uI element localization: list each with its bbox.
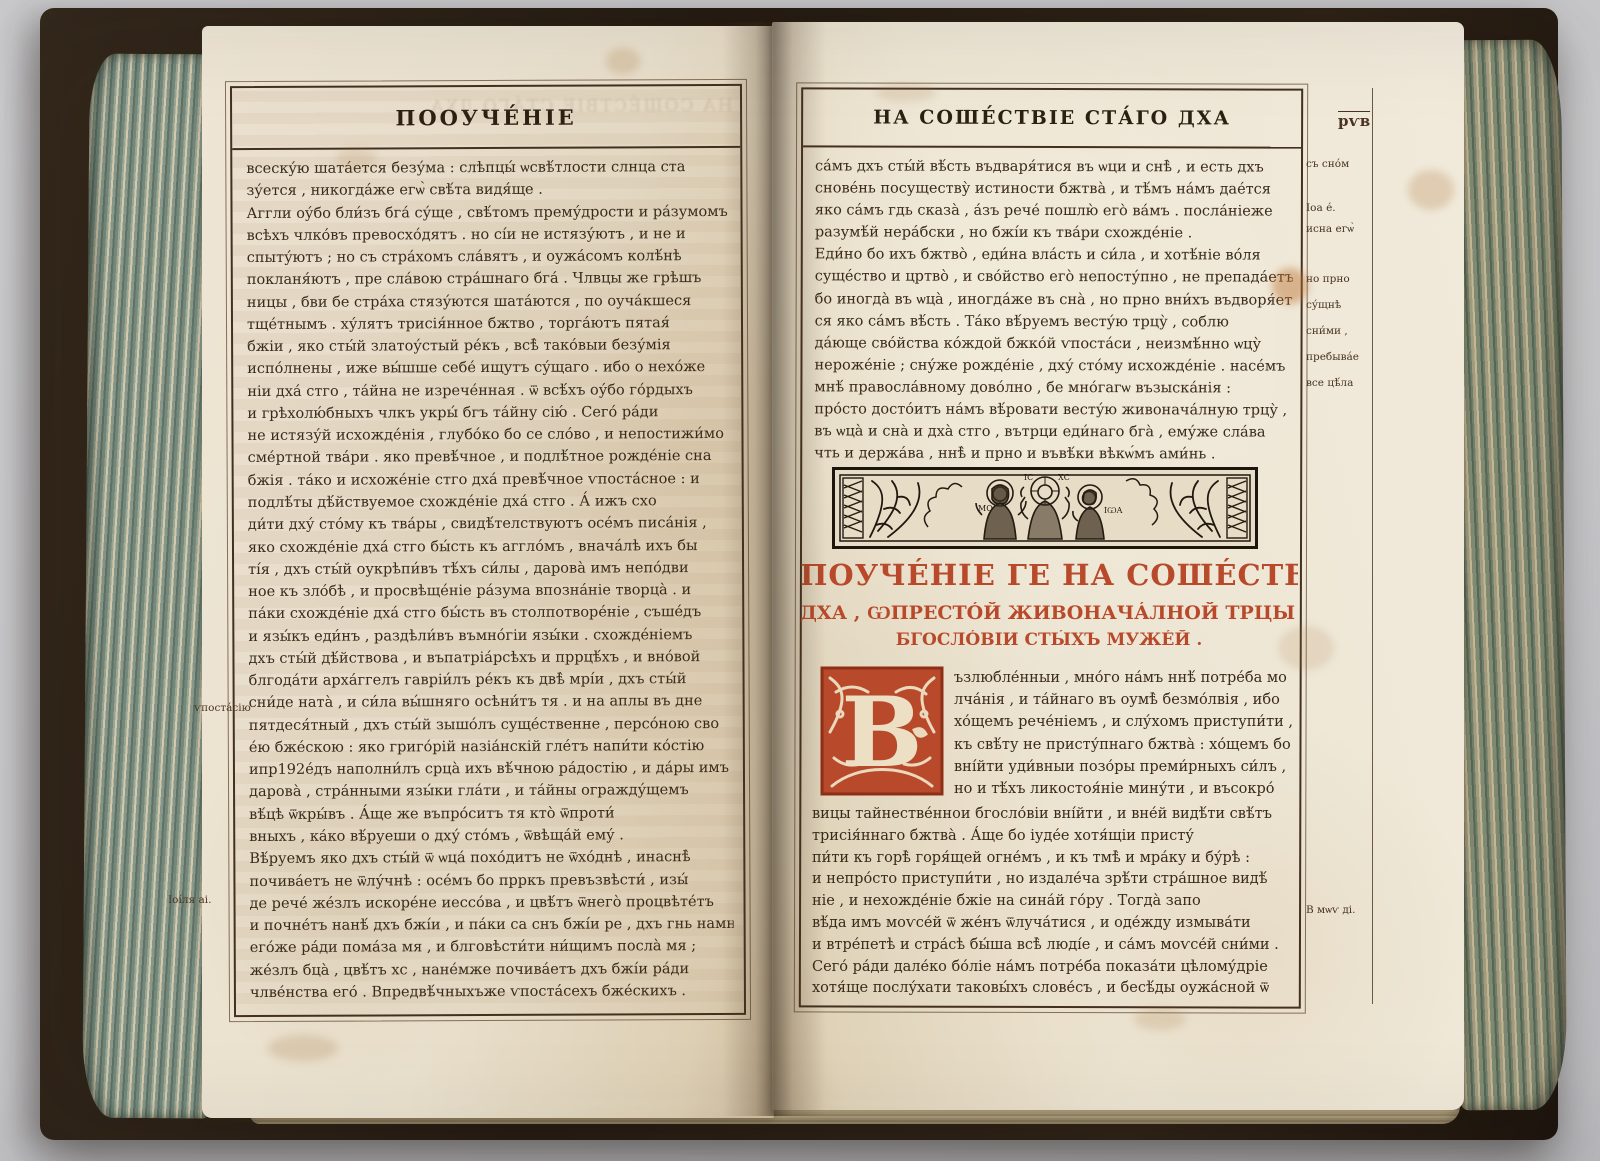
paragraph-line: вицы тайнестве́ннои бгосло́віи вні́йти ,… bbox=[812, 804, 1300, 826]
drop-cap-initial: В bbox=[820, 666, 944, 796]
left-body-line: ті́я , дхъ сты́й оукрѣпи́въ тѣ́хъ си́лы … bbox=[248, 557, 732, 581]
right-body-line: бо иногда̀ въ ѡца̀ , иногда́же въ сна̀ ,… bbox=[815, 288, 1293, 311]
left-body-line: бжія . та́ко и исхоже́ніе стго дха́ прев… bbox=[248, 468, 732, 492]
paragraph-line: лча́нія , и та́йнаго въ оумѣ̀ безмо́лвія… bbox=[954, 689, 1300, 711]
paragraph-line: Сего́ ра́ди дале́ко бо́ліе на́мъ потре́б… bbox=[812, 957, 1300, 979]
right-body-line: яко са́мъ гдь сказа̀ , а́зъ рече́ пошлю̀… bbox=[815, 200, 1293, 223]
right-body-line: суще́ство и цртво̀ , и сво́йство его̀ не… bbox=[815, 266, 1293, 289]
deesis-woodcut-headpiece: МО ІС ХС ІѠА bbox=[832, 467, 1258, 549]
paragraph-line: хо́щемъ рече́ніемъ , и слу́хомъ приступи… bbox=[954, 711, 1300, 733]
right-body-line: нероже́ніе ; сну́же рожде́ніе , дху́ сто… bbox=[814, 354, 1292, 377]
right-running-head-band: НА СОШЕ́СТВІЕ СТА́ГО ДХА bbox=[803, 89, 1301, 148]
paragraph-line: пи́ти къ горѣ̀ горя́щей огне́мъ , и къ т… bbox=[812, 848, 1300, 870]
red-heading-line-3: БГОСЛО́ВІИ СТЫ́ХЪ МУЖЕ́Й . bbox=[800, 630, 1298, 650]
right-body-line: въ ѡца̀ и сна̀ и дха̀ стго , вътрци еди́… bbox=[814, 421, 1292, 444]
photo-open-antique-book: ѵпоста́сію Іоі́ля аі. НА СОШЕ́СТВІЕ СТА́… bbox=[0, 0, 1600, 1161]
left-body-line: пятдеся́тный , дхъ сты́й зышо́лъ суще́ст… bbox=[249, 713, 733, 737]
margin-note-line: Іоа е́. bbox=[1306, 198, 1370, 219]
right-body-line: ся яко са́мъ вѣ́сть . Та́ко вѣ́руемъ вес… bbox=[815, 310, 1293, 333]
left-fore-edge-pages bbox=[82, 54, 217, 1119]
left-body-line: тще́тнымъ . ху́лятъ трисія́нное бжтво , … bbox=[247, 312, 731, 336]
right-body-line: Еди́но бо ихъ бжтво̀ , еди́на вла́сть и … bbox=[815, 244, 1293, 267]
right-body-line: чть и держа́ва , ннѣ̀ и прно и въвѣ́ки в… bbox=[814, 443, 1292, 466]
right-body-line: снове́нь посуществу̀ истиности бжтва̀ , … bbox=[815, 177, 1293, 200]
left-body-line: ипр192е́дъ наполни́лъ срца̀ ихъ вѣ́чною … bbox=[249, 757, 733, 781]
right-body-text: са́мъ дхъ сты́й вѣ́сть въдваря́тися въ ѡ… bbox=[802, 147, 1301, 466]
paragraph-line: вні́йти уди́вныи позо́ры преми́рныхъ си́… bbox=[954, 756, 1300, 778]
left-body-line: де рече́ же́злъ искоре́не иессо́ва , и ц… bbox=[249, 891, 733, 915]
left-body-line: Вѣ́руемъ яко дхъ сты́й ѿ ѡца́ похо́дитъ … bbox=[249, 846, 733, 870]
margin-note-line: сни́ми , bbox=[1306, 318, 1370, 344]
left-body-line: ніи дха́ стго , та́йна не изрече́нная . … bbox=[247, 379, 731, 403]
right-running-head: НА СОШЕ́СТВІЕ СТА́ГО ДХА bbox=[873, 107, 1231, 130]
paragraph-line: вѣ́да имъ моѵсе́й ѿ же́нъ ѿлуча́тися , и… bbox=[812, 913, 1300, 935]
left-text-frame: НА СОШЕ́СТВІЕ СТА́ГО ДХА ПООУЧЕ́НІЕ всес… bbox=[230, 84, 746, 1017]
left-body-line: вныхъ , ка́ко вѣ́руеши о дху́ сто́мъ , ѿ… bbox=[249, 824, 733, 848]
left-body-line: бжіи , яко сты́й златоу́стый ре́къ , всѣ… bbox=[247, 334, 731, 358]
right-margin-note-1: съ сно́м bbox=[1306, 158, 1370, 171]
left-body-line: па́ки схожде́ніе дха́ стго бы́сть въ сто… bbox=[248, 601, 732, 625]
left-body-line: и почне́тъ нанѣ́ дхъ бжі́и , и па́ки са … bbox=[250, 913, 734, 937]
left-running-head-band: НА СОШЕ́СТВІЕ СТА́ГО ДХА ПООУЧЕ́НІЕ bbox=[232, 86, 740, 150]
marginalia-column-rule bbox=[1372, 88, 1373, 1004]
margin-note-line: пребыва́е bbox=[1306, 344, 1370, 370]
left-body-line: всеску́ю шата́ется безу́ма : слѣпцы́ ѡсв… bbox=[246, 156, 730, 180]
woodcut-label-mary: МО bbox=[978, 504, 993, 513]
left-margin-note-joel: Іоі́ля аі. bbox=[168, 894, 238, 907]
paragraph-line: трисія́ннаго бжтва̀ . А́ще бо іуде́е хот… bbox=[812, 826, 1300, 848]
left-body-line: спыту́ютъ ; но съ стра́хомъ сла́вятъ , и… bbox=[247, 245, 731, 269]
left-body-line: Аггли оу́бо бли́зъ бга́ су́ще , свѣ́томъ… bbox=[246, 200, 730, 224]
left-body-line: ницы , бви бе стра́ха стязу́ются шата́ют… bbox=[247, 290, 731, 314]
drop-cap-icon: В bbox=[820, 666, 944, 796]
deesis-woodcut-icon: МО ІС ХС ІѠА bbox=[832, 467, 1258, 549]
left-body-line: сни́де ната̀ , и си́ла вы́шняго осѣни́тъ… bbox=[249, 690, 733, 714]
right-body-line: про́сто досто́итъ на́мъ вѣ́ровати весту́… bbox=[814, 398, 1292, 421]
left-body-line: е́ю бже́скою : яко григо́рій назіа́нскій… bbox=[249, 735, 733, 759]
right-body-line: мнѣ́ правосла́вному дово́лно , бе мно́га… bbox=[814, 376, 1292, 399]
woodcut-label-john: ІѠА bbox=[1104, 506, 1123, 515]
paragraph-line: и непро́сто приступи́ти , но издале́ча з… bbox=[812, 869, 1300, 891]
margin-note-line: все цѣ́ла bbox=[1306, 370, 1370, 396]
left-body-line: сме́ртной тва́ри . яко превѣ́чное , и по… bbox=[248, 445, 732, 469]
paragraph-line: къ свѣ́ту не присту́пнаго бжтва̀ : хо́ще… bbox=[954, 734, 1300, 756]
page-number: рѵв bbox=[1338, 112, 1370, 130]
left-body-line: всѣхъ члко́въ превосхо́дятъ . но сі́и не… bbox=[247, 223, 731, 247]
paragraph-line: ніе , и нехожде́ніе бжіе на сина́й го́ру… bbox=[812, 891, 1300, 913]
left-body-line: покланя́ютъ , пре сла́вою стра́шнаго бга… bbox=[247, 267, 731, 291]
red-heading-line-1: ПОУЧЕ́НІЕ ГЕ НА СОШЕ́СТВІЕ СТГО bbox=[800, 558, 1298, 592]
drop-cap-letter: В bbox=[841, 676, 922, 789]
left-body-line: подлѣ́ты дѣ́йствуемое схожде́ніе дха́ ст… bbox=[248, 490, 732, 514]
right-margin-note-4: В мѡѵ ді. bbox=[1306, 904, 1370, 917]
left-body-line: почива́етъ не ѿлу́чнѣ : осе́мъ бо прркъ … bbox=[249, 868, 733, 892]
left-body-line: же́злъ бца̀ , цвѣ́тъ хс , нане́мже почив… bbox=[250, 957, 734, 981]
right-margin-note-3: но прносу́щнѣсни́ми ,пребыва́евсе цѣ́ла bbox=[1306, 266, 1370, 396]
left-body-line: ное къ зло́бѣ , и просвѣще́ніе ра́зума в… bbox=[248, 579, 732, 603]
margin-note-line: но прно bbox=[1306, 266, 1370, 292]
right-page: НА СОШЕ́СТВІЕ СТА́ГО ДХА са́мъ дхъ сты́й… bbox=[772, 22, 1464, 1110]
woodcut-label-ic: ІС bbox=[1024, 473, 1033, 482]
left-body-line: его́же ра́ди пома́за мя , и блговѣсти́ти… bbox=[250, 935, 734, 959]
left-body-line: члве́нства его́ . Впредвѣ́чныхъже ѵпоста… bbox=[250, 980, 734, 1004]
left-body-line: и язы́къ еди́нъ , раздѣли́въ въмно́гіи я… bbox=[248, 624, 732, 648]
red-heading-line-2: ДХА , ѠПРЕСТО́Й ЖИВОНАЧА́ЛНОЙ ТРЦЫ . ВЗЯ… bbox=[800, 602, 1298, 625]
right-margin-note-2: Іоа е́.исна егѡ̀ bbox=[1306, 198, 1370, 240]
left-body-line: яко схожде́ніе дха́ стго бы́сть къ аггло… bbox=[248, 534, 732, 558]
left-body-text: всеску́ю шата́ется безу́ма : слѣпцы́ ѡсв… bbox=[232, 148, 744, 1004]
left-body-line: блгода́ти арха́ггелъ гавріи́лъ ре́къ къ … bbox=[249, 668, 733, 692]
paragraph-line: хотя́ще послу́хати таковы́хъ слове́съ , … bbox=[812, 978, 1300, 1000]
left-body-line: зу́ется , никогда́же егѡ̀ свѣ́та видя́ще… bbox=[246, 178, 730, 202]
right-body-line: разумѣ́й нера́бски , но бжі́и къ тва́ри … bbox=[815, 222, 1293, 245]
woodcut-label-xc: ХС bbox=[1058, 473, 1070, 482]
left-body-line: дхъ сты́й дѣ́йствова , и въпатріа́рсѣхъ … bbox=[248, 646, 732, 670]
right-body-line: да́юще сво́йства ко́ждой бжко́й ѵпоста́с… bbox=[815, 332, 1293, 355]
left-body-line: не истязу́й исхожде́нія , глубо́ко бо се… bbox=[247, 423, 731, 447]
left-body-line: дарова̀ , стра́нными язы́ки гла́ти , и т… bbox=[249, 779, 733, 803]
margin-note-line: су́щнѣ bbox=[1306, 292, 1370, 318]
paragraph-line: ъзлюбле́нныи , мно́го на́мъ ннѣ́ потре́б… bbox=[954, 667, 1300, 689]
left-body-line: и грѣхолю́бныхъ члкъ укры́ бгъ та́йну сі… bbox=[247, 401, 731, 425]
left-page: ѵпоста́сію Іоі́ля аі. НА СОШЕ́СТВІЕ СТА́… bbox=[202, 26, 774, 1118]
paragraph-indented-lines: ъзлюбле́нныи , мно́го на́мъ ннѣ́ потре́б… bbox=[954, 667, 1300, 800]
paragraph-full-lines: вицы тайнестве́ннои бгосло́віи вні́йти ,… bbox=[812, 804, 1300, 1000]
left-running-head: ПООУЧЕ́НІЕ bbox=[395, 104, 576, 130]
margin-note-line: исна егѡ̀ bbox=[1306, 219, 1370, 240]
right-fore-edge-pages bbox=[1455, 40, 1567, 1111]
left-body-line: вѣ́цѣ ѿкры́въ . А́ще же въпро́ситъ тя кт… bbox=[249, 802, 733, 826]
paragraph-line: и втре́петѣ и стра́сѣ бы́ша всѣ̀ люді́е … bbox=[812, 935, 1300, 957]
left-body-line: ди́ти дху́ сто́му къ тва́ры , свидѣ́телс… bbox=[248, 512, 732, 536]
right-body-line: са́мъ дхъ сты́й вѣ́сть въдваря́тися въ ѡ… bbox=[815, 155, 1293, 178]
left-body-line: испо́лнены , иже вы́шше себе́ ищутъ су́щ… bbox=[247, 356, 731, 380]
paragraph-line: но и тѣ́хъ ликостоя́ніе мину́ти , и въсо… bbox=[954, 778, 1300, 800]
